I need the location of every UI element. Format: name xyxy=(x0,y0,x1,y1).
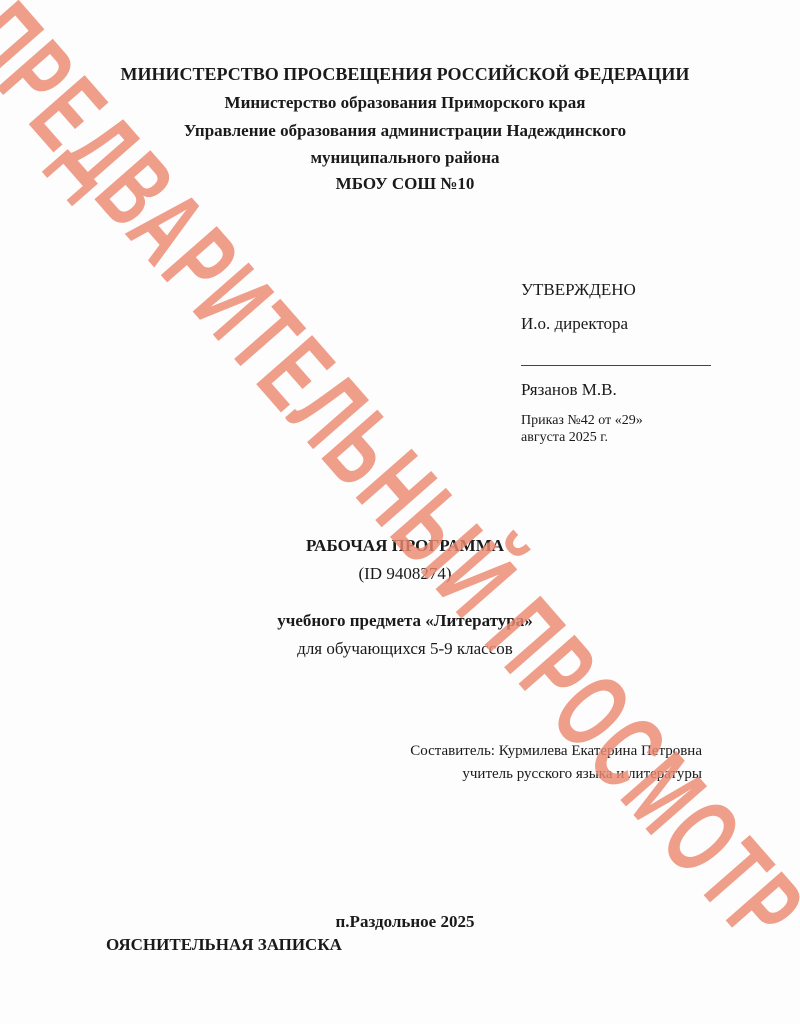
author-position: учитель русского языка и литературы xyxy=(462,767,702,782)
approval-title: УТВЕРЖДЕНО xyxy=(521,281,636,298)
approver-name: Рязанов М.В. xyxy=(521,381,617,398)
signature-line xyxy=(521,365,711,366)
program-id: (ID 9408274) xyxy=(0,565,800,582)
approval-position: И.о. директора xyxy=(521,315,628,332)
order-line-1: Приказ №42 от «29» xyxy=(521,414,643,428)
program-title: РАБОЧАЯ ПРОГРАММА xyxy=(0,537,800,554)
school-name: МБОУ СОШ №10 xyxy=(0,175,800,192)
section-heading: ОЯСНИТЕЛЬНАЯ ЗАПИСКА xyxy=(106,936,342,953)
department-line-1: Управление образования администрации Над… xyxy=(0,122,800,139)
program-subject: учебного предмета «Литература» xyxy=(0,612,800,629)
order-line-2: августа 2025 г. xyxy=(521,431,608,445)
place-year: п.Раздольное 2025 xyxy=(0,913,800,930)
watermark-text: ПРЕДВАРИТЕЛЬНЫЙ ПРОСМОТР xyxy=(0,0,800,965)
regional-ministry: Министерство образования Приморского кра… xyxy=(0,94,800,111)
ministry-title: МИНИСТЕРСТВО ПРОСВЕЩЕНИЯ РОССИЙСКОЙ ФЕДЕ… xyxy=(0,65,800,83)
author-line: Составитель: Курмилева Екатерина Петровн… xyxy=(410,744,702,759)
department-line-2: муниципального района xyxy=(0,149,800,166)
document-page: МИНИСТЕРСТВО ПРОСВЕЩЕНИЯ РОССИЙСКОЙ ФЕДЕ… xyxy=(0,0,800,1024)
program-audience: для обучающихся 5-9 классов xyxy=(0,640,800,657)
